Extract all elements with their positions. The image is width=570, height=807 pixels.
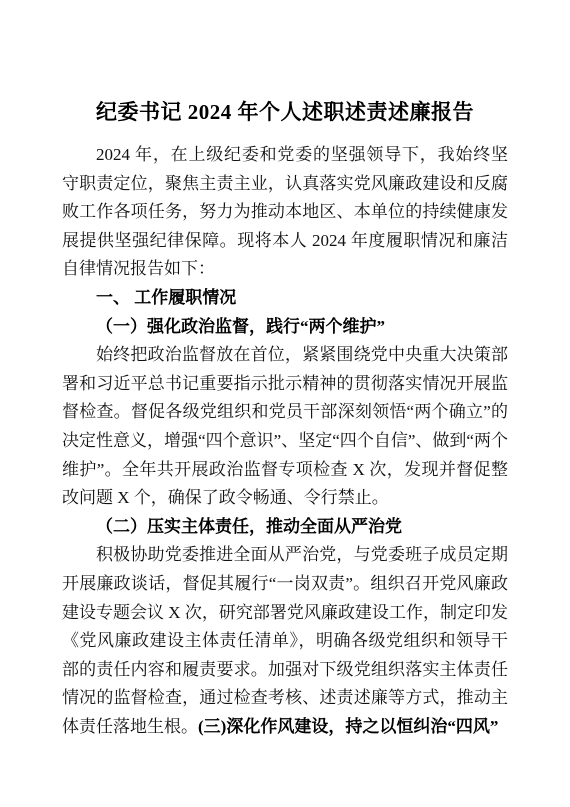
document-page: 纪委书记 2024 年个人述职述责述廉报告 2024 年，在上级纪委和党委的坚强… <box>0 0 570 807</box>
paragraph-main-responsibility: 积极协助党委推进全面从严治党，与党委班子成员定期开展廉政谈话，督促其履行“一岗双… <box>62 541 508 741</box>
paragraph-main-responsibility-text: 积极协助党委推进全面从严治党，与党委班子成员定期开展廉政谈话，督促其履行“一岗双… <box>62 545 508 736</box>
document-title: 纪委书记 2024 年个人述职述责述廉报告 <box>62 96 508 128</box>
paragraph-political-supervision: 始终把政治监督放在首位，紧紧围绕党中央重大决策部署和习近平总书记重要指示批示精神… <box>62 341 508 513</box>
inline-subsection-heading-work-style: (三)深化作风建设，持之以恒纠治“四风” <box>198 717 498 736</box>
intro-paragraph: 2024 年，在上级纪委和党委的坚强领导下，我始终坚守职责定位，聚焦主责主业，认… <box>62 141 508 284</box>
subsection-heading-main-responsibility: （二）压实主体责任，推动全面从严治党 <box>62 513 508 542</box>
section-heading-work-performance: 一、 工作履职情况 <box>62 284 508 313</box>
subsection-heading-political-supervision: （一）强化政治监督，践行“两个维护” <box>62 313 508 342</box>
